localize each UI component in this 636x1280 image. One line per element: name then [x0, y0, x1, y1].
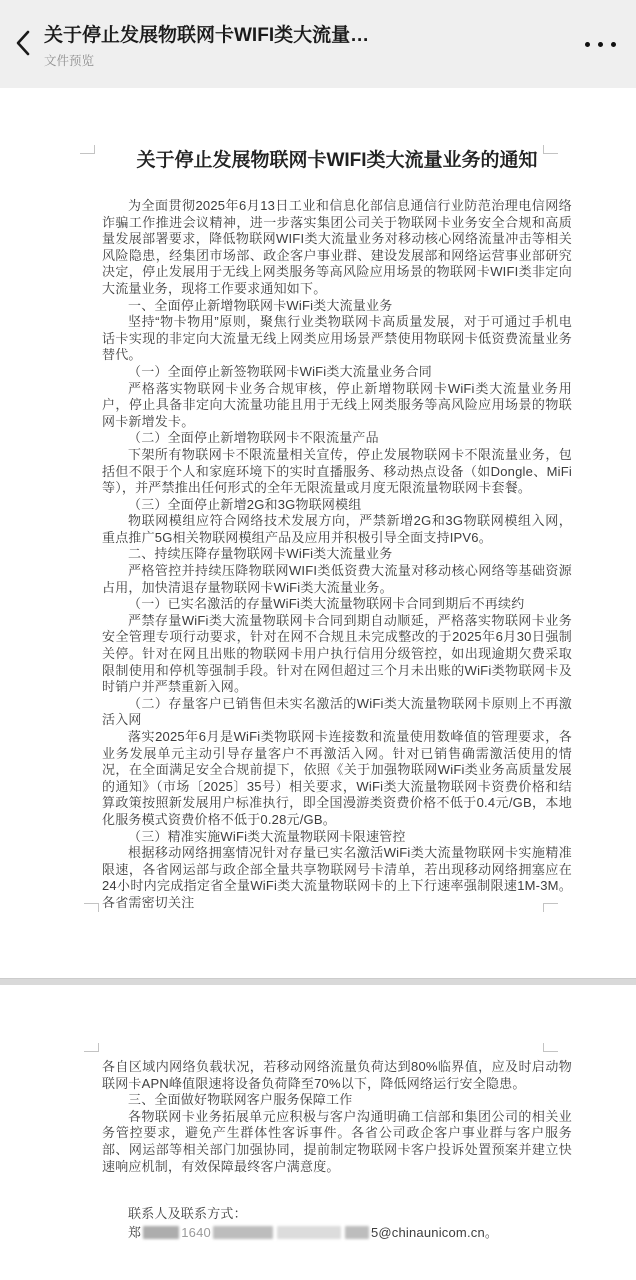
page-corner-mark [80, 145, 95, 154]
contact-text: 1640 [181, 1225, 211, 1240]
contact-text: 5@chinaunicom.cn。 [371, 1225, 498, 1240]
nav-title: 关于停止发展物联网卡WIFI类大流量… [44, 24, 564, 48]
doc-heading: （一）已实名激活的存量WiFi类大流量物联网卡合同到期后不再续约 [102, 596, 572, 613]
doc-heading: 一、全面停止新增物联网卡WiFi类大流量业务 [102, 298, 572, 315]
doc-heading: 三、全面做好物联网客户服务保障工作 [102, 1092, 572, 1109]
doc-paragraph: 物联网模组应符合网络技术发展方向，严禁新增2G和3G物联网模组入网，重点推广5G… [102, 513, 572, 546]
redacted-text [143, 1226, 179, 1239]
contact-label: 联系人及联系方式： [102, 1206, 572, 1223]
document-page-2: 各自区域内网络负载状况，若移动网络流量负荷达到80%临界值，应及时启动物联网卡A… [0, 985, 636, 1280]
page-corner-mark [543, 145, 558, 154]
doc-paragraph: 落实2025年6月是WiFi类物联网卡连接数和流量使用数峰值的管理要求，各业务发… [102, 729, 572, 829]
doc-paragraph: 下架所有物联网卡不限流量相关宣传，停止发展物联网卡不限流量业务，包括但不限于个人… [102, 447, 572, 497]
more-dots-icon [585, 42, 616, 47]
redacted-text [277, 1226, 341, 1239]
document-title: 关于停止发展物联网卡WIFI类大流量业务的通知 [102, 148, 572, 174]
nav-bar: 关于停止发展物联网卡WIFI类大流量… 文件预览 [0, 0, 636, 88]
redacted-text [213, 1226, 273, 1239]
page-divider [0, 978, 636, 985]
page1-text: 为全面贯彻2025年6月13日工业和信息化部信息通信行业防范治理电信网络诈骗工作… [102, 198, 572, 912]
document-scroll-area[interactable]: 关于停止发展物联网卡WIFI类大流量业务的通知 为全面贯彻2025年6月13日工… [0, 88, 636, 1280]
page-corner-mark [84, 1043, 99, 1052]
page-corner-mark [84, 903, 99, 912]
doc-heading: （一）全面停止新签物联网卡WiFi类大流量业务合同 [102, 364, 572, 381]
doc-paragraph: 坚持“物卡物用”原则，聚焦行业类物联网卡高质量发展，对于可通过手机电话卡实现的非… [102, 314, 572, 364]
page-corner-mark [543, 1043, 558, 1052]
document-page-1: 关于停止发展物联网卡WIFI类大流量业务的通知 为全面贯彻2025年6月13日工… [0, 88, 636, 978]
nav-title-group: 关于停止发展物联网卡WIFI类大流量… 文件预览 [44, 20, 564, 69]
page2-text: 各自区域内网络负载状况，若移动网络流量负荷达到80%临界值，应及时启动物联网卡A… [102, 1059, 572, 1175]
doc-paragraph: 各物联网卡业务拓展单元应积极与客户沟通明确工信部和集团公司的相关业务管控要求，避… [102, 1109, 572, 1175]
chevron-left-icon [15, 30, 30, 59]
back-button[interactable] [0, 0, 44, 88]
doc-paragraph: 为全面贯彻2025年6月13日工业和信息化部信息通信行业防范治理电信网络诈骗工作… [102, 198, 572, 298]
doc-paragraph: 严格落实物联网卡业务合规审核，停止新增物联网卡WiFi类大流量业务用户，停止具备… [102, 381, 572, 431]
contact-text: 郑 [128, 1225, 141, 1240]
doc-paragraph: 根据移动网络拥塞情况针对存量已实名激活WiFi类大流量物联网卡实施精准限速，各省… [102, 845, 572, 911]
redacted-text [345, 1226, 369, 1239]
doc-heading: 二、持续压降存量物联网卡WiFi类大流量业务 [102, 546, 572, 563]
nav-subtitle: 文件预览 [44, 51, 564, 69]
doc-heading: （二）全面停止新增物联网卡不限流量产品 [102, 430, 572, 447]
contact-line: 郑16405@chinaunicom.cn。 [102, 1225, 572, 1242]
doc-heading: （二）存量客户已销售但未实名激活的WiFi类大流量物联网卡原则上不再激活入网 [102, 696, 572, 729]
doc-paragraph: 严禁存量WiFi类大流量物联网卡合同到期自动顺延，严格落实物联网卡业务安全管理专… [102, 613, 572, 696]
page-corner-mark [543, 903, 558, 912]
doc-paragraph: 各自区域内网络负载状况，若移动网络流量负荷达到80%临界值，应及时启动物联网卡A… [102, 1059, 572, 1092]
doc-paragraph: 严格管控并持续压降物联网WIFI类低资费大流量对移动核心网络等基础资源占用，加快… [102, 563, 572, 596]
doc-heading: （三）全面停止新增2G和3G物联网模组 [102, 497, 572, 514]
more-menu-button[interactable] [564, 0, 636, 88]
doc-heading: （三）精准实施WiFi类大流量物联网卡限速管控 [102, 829, 572, 846]
